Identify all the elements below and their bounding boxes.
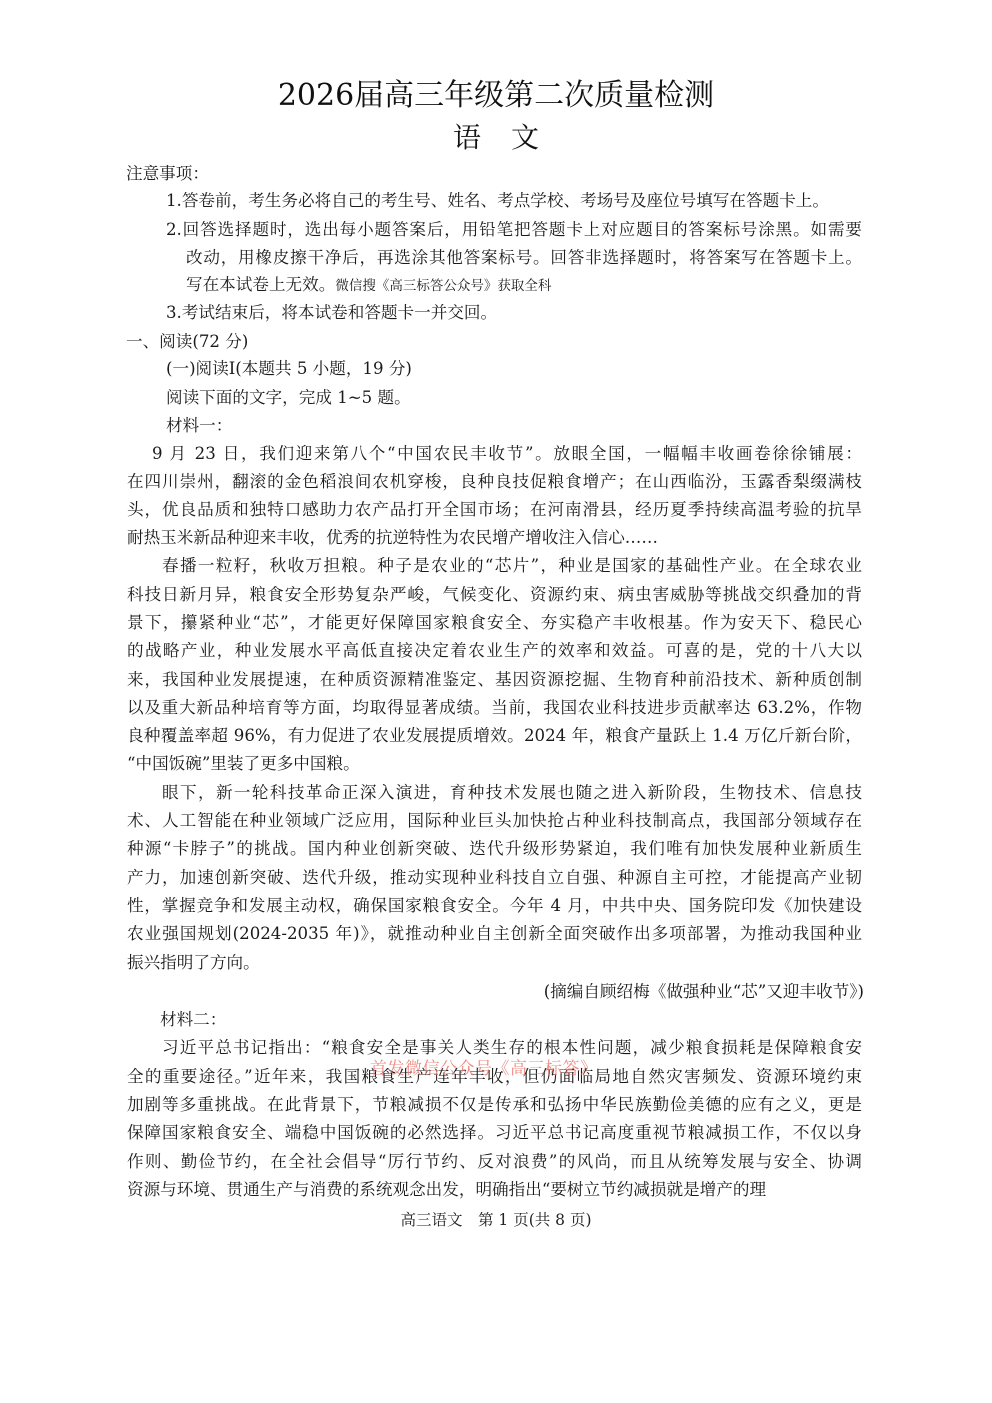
material1-line: 眼下，新一轮科技革命正深入演进，育种技术发展也随之进入新阶段，生物技术、信息技 (162, 779, 862, 807)
sub-section-heading: (一)阅读Ⅰ(本题共 5 小题，19 分) (166, 355, 412, 383)
material1-line: 以及重大新品种培育等方面，均取得显著成绩。当前，我国农业科技进步贡献率达 63.… (127, 694, 862, 722)
page-footer: 高三语文 第 1 页(共 8 页) (0, 1208, 992, 1232)
subject-char-1: 语 (453, 121, 481, 154)
material1-line: 种源“卡脖子”的挑战。国内种业创新突破、迭代升级形势紧迫，我们唯有加快发展种业新… (127, 835, 862, 863)
notice-heading: 注意事项： (126, 160, 209, 188)
notice-item-2: 2.回答选择题时，选出每小题答案后，用铅笔把答题卡上对应题目的答案标号涂黑。如需… (166, 216, 862, 244)
material1-line: 产力，加速创新突破、迭代升级，推动实现种业科技自立自强、种源自主可控，才能提高产… (127, 864, 862, 892)
material1-line: 头，优良品质和独特口感助力农产品打开全国市场；在河南滑县，经历夏季持续高温考验的… (127, 496, 862, 524)
material1-source: (摘编自顾绍梅《做强种业“芯”又迎丰收节》) (544, 978, 864, 1006)
notice-item-2-end: 写在本试卷上无效。微信搜《高三标答公众号》获取全科 (186, 271, 551, 300)
material1-line: 春播一粒籽，秋收万担粮。种子是农业的“芯片”，种业是国家的基础性产业。在全球农业 (162, 552, 862, 580)
notice-item-3: 3.考试结束后，将本试卷和答题卡一并交回。 (166, 299, 497, 327)
material1-line: 科技日新月异，粮食安全形势复杂严峻，气候变化、资源约束、病虫害威胁等挑战交织叠加… (127, 581, 862, 609)
material2-line: 保障国家粮食安全、端稳中国饭碗的必然选择。习近平总书记高度重视节粮减损工作，不仅… (127, 1119, 862, 1147)
instruction: 阅读下面的文字，完成 1~5 题。 (166, 384, 411, 412)
material2-line: 作则、勤俭节约，在全社会倡导“厉行节约、反对浪费”的风尚，而且从统筹发展与安全、… (127, 1148, 862, 1176)
material2-line: 习近平总书记指出：“粮食安全是事关人类生存的根本性问题，减少粮食损耗是保障粮食安 (162, 1034, 862, 1062)
material1-line: 来，我国种业发展提速，在种质资源精准鉴定、基因资源挖掘、生物育种前沿技术、新种质… (127, 666, 862, 694)
material1-label: 材料一： (166, 412, 232, 440)
section-heading: 一、阅读(72 分) (126, 328, 248, 356)
material1-line: 景下，攥紧种业“芯”，才能更好保障国家粮食安全、夯实稳产丰收根基。作为安天下、稳… (127, 609, 862, 637)
exam-page: 2026届高三年级第二次质量检测 语文 注意事项： 1.答卷前，考生务必将自己的… (0, 0, 992, 1403)
notice-item-1: 1.答卷前，考生务必将自己的考生号、姓名、考点学校、考场号及座位号填写在答题卡上… (166, 187, 829, 215)
subject-title: 语文 (0, 118, 992, 158)
material1-line: 振兴指明了方向。 (127, 949, 260, 977)
material2-line: 加剧等多重挑战。在此背景下，节粮减损不仅是传承和弘扬中华民族勤俭美德的应有之义，… (127, 1091, 862, 1119)
material1-line: “中国饭碗”里装了更多中国粮。 (127, 750, 360, 778)
material1-line: 的战略产业，种业发展水平高低直接决定着农业生产的效率和效益。可喜的是，党的十八大… (127, 637, 862, 665)
material1-line: 农业强国规划(2024-2035 年)》，就推动种业自主创新全面突破作出多项部署… (127, 920, 862, 948)
material1-line: 在四川崇州，翻滚的金色稻浪间农机穿梭，良种良技促粮食增产；在山西临汾，玉露香梨缀… (127, 468, 862, 496)
material1-line: 9 月 23 日，我们迎来第八个“中国农民丰收节”。放眼全国，一幅幅丰收画卷徐徐… (152, 440, 862, 468)
notice-wechat-note: 微信搜《高三标答公众号》获取全科 (335, 278, 551, 294)
material1-line: 性，掌握竞争和发展主动权，确保国家粮食安全。今年 4 月，中共中央、国务院印发《… (127, 892, 862, 920)
notice-invalid-text: 写在本试卷上无效。 (186, 275, 335, 294)
material1-line: 良种覆盖率超 96%，有力促进了农业发展提质增效。2024 年，粮食产量跃上 1… (127, 722, 862, 750)
subject-char-2: 文 (511, 121, 539, 154)
material1-line: 耐热玉米新品种迎来丰收，优秀的抗逆特性为农民增产增收注入信心…… (127, 524, 658, 552)
material2-line: 全的重要途径。”近年来，我国粮食生产连年丰收，但仍面临局地自然灾害频发、资源环境… (127, 1063, 862, 1091)
material2-line: 资源与环境、贯通生产与消费的系统观念出发，明确指出“要树立节约减损就是增产的理 (127, 1176, 766, 1204)
exam-title: 2026届高三年级第二次质量检测 (0, 76, 992, 116)
material1-line: 术、人工智能在种业领域广泛应用，国际种业巨头加快抢占种业科技制高点，我国部分领域… (127, 807, 862, 835)
notice-item-2-cont: 改动，用橡皮擦干净后，再选涂其他答案标号。回答非选择题时，将答案写在答题卡上。 (186, 244, 862, 272)
material2-label: 材料二： (160, 1006, 226, 1034)
